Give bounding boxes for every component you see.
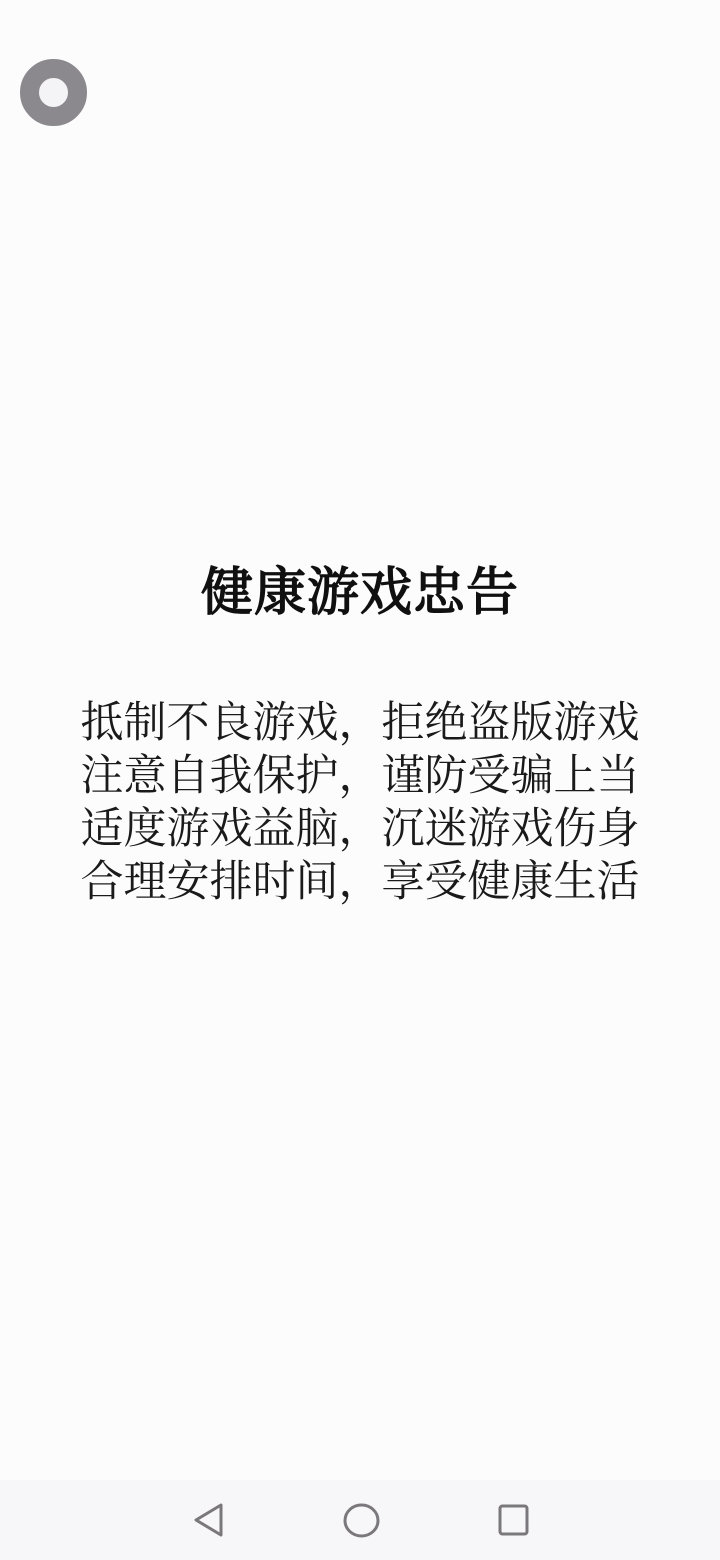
recents-icon (498, 1504, 529, 1536)
notice-title: 健康游戏忠告 (0, 563, 720, 623)
advice-line: 合理安排时间，享受健康生活 (0, 856, 720, 909)
loading-ring-icon (20, 59, 87, 126)
notice-body: 抵制不良游戏，拒绝盗版游戏 注意自我保护，谨防受骗上当 适度游戏益脑，沉迷游戏伤… (0, 697, 720, 909)
health-notice-screen: 健康游戏忠告 抵制不良游戏，拒绝盗版游戏 注意自我保护，谨防受骗上当 适度游戏益… (0, 0, 720, 1560)
home-icon (342, 1502, 381, 1539)
advice-line: 适度游戏益脑，沉迷游戏伤身 (0, 803, 720, 856)
advice-line: 抵制不良游戏，拒绝盗版游戏 (0, 697, 720, 750)
back-button[interactable] (191, 1501, 225, 1539)
home-button[interactable] (342, 1502, 381, 1539)
back-icon (191, 1501, 225, 1539)
recents-button[interactable] (498, 1504, 529, 1536)
android-navigation-bar (0, 1480, 720, 1560)
advice-line: 注意自我保护，谨防受骗上当 (0, 750, 720, 803)
